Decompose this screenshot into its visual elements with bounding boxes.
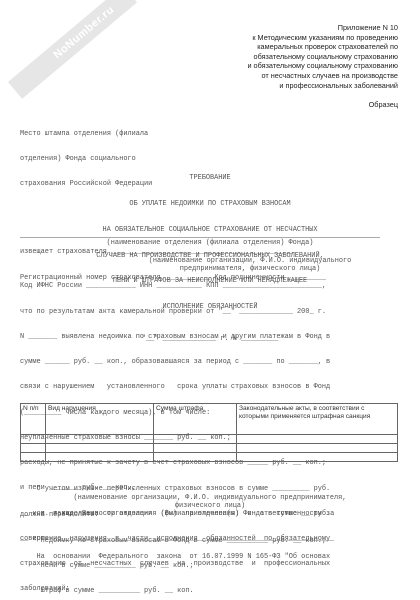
header-fine-amount: Сумма штрафа: [154, 404, 237, 435]
appendix-line: обязательному социальному страхованию: [138, 52, 398, 62]
stamp-line: Место штампа отделения (филиала: [20, 130, 152, 138]
paragraph-line: С учетом излишне перечисленных страховых…: [20, 485, 400, 493]
paragraph-line: сумме ______ руб. __ коп., образовавшаяс…: [20, 358, 400, 366]
table-row: [21, 453, 398, 462]
title-line: НА ОБЯЗАТЕЛЬНОЕ СОЦИАЛЬНОЕ СТРАХОВАНИЕ О…: [20, 226, 400, 235]
paragraph-line: что по результатам акта камеральной пров…: [20, 308, 400, 316]
table-cell: [21, 444, 46, 453]
table-cell: [154, 453, 237, 462]
fund-caption: (наименование отделения (филиала отделен…: [20, 239, 400, 247]
table-row: [21, 435, 398, 444]
table-cell: [237, 453, 398, 462]
law-reference-line: На основании Федерального закона от 16.0…: [20, 553, 400, 561]
payer-caption: физического лица): [20, 502, 400, 510]
title-line: ОБ УПЛАТЕ НЕДОИМКИ ПО СТРАХОВЫМ ВЗНОСАМ: [20, 200, 400, 209]
payment-item: - штраф в сумме __________ руб. __ коп.: [20, 587, 400, 595]
paragraph-line: N _______ выявлена недоимка по страховым…: [20, 333, 400, 341]
sample-label: Образец: [369, 100, 398, 109]
appendix-line: Приложение N 10: [138, 23, 398, 33]
header-number: N п/п: [21, 404, 46, 435]
appendix-line: камеральных проверок страхователей по: [138, 42, 398, 52]
appendix-line: от несчастных случаев на производстве: [138, 71, 398, 81]
table-cell: [154, 444, 237, 453]
payment-item: - недоимку по страховым взносам в Фонд в…: [20, 537, 400, 545]
insurer-caption: предпринимателя, физического лица): [20, 265, 400, 273]
table-cell: [46, 453, 154, 462]
appendix-line: и профессиональных заболеваний: [138, 81, 398, 91]
table-header-row: N п/п Вид нарушения Сумма штрафа Законод…: [21, 404, 398, 435]
table-cell: [21, 435, 46, 444]
paragraph-line: связи с нарушением установленного срока …: [20, 383, 400, 391]
notify-line: извещает страхователя __________________…: [20, 248, 400, 256]
header-violation-type: Вид нарушения: [46, 404, 154, 435]
appendix-header: Приложение N 10 к Методическим указаниям…: [138, 23, 398, 90]
must-pay-label: должна перечислить:: [20, 511, 400, 519]
table-cell: [237, 435, 398, 444]
violations-table: N п/п Вид нарушения Сумма штрафа Законод…: [20, 403, 398, 462]
table-cell: [46, 444, 154, 453]
watermark: NoNumber.ru: [8, 0, 137, 99]
title-line: ТРЕБОВАНИЕ: [20, 174, 400, 183]
header-legal-acts: Законодательные акты, в соответствии с к…: [237, 404, 398, 435]
payment-item: - пени в сумме __________ руб. __ коп.;: [20, 562, 400, 570]
table-cell: [154, 435, 237, 444]
appendix-line: и обязательному социальному страхованию: [138, 61, 398, 71]
inn-line: Код ИФНС России ____________ ИНН _______…: [20, 282, 400, 290]
fund-name-rule: [20, 237, 380, 238]
table-cell: [46, 435, 154, 444]
table-row: [21, 444, 398, 453]
table-cell: [21, 453, 46, 462]
appendix-line: к Методическим указаниям по проведению: [138, 33, 398, 43]
table-cell: [237, 444, 398, 453]
